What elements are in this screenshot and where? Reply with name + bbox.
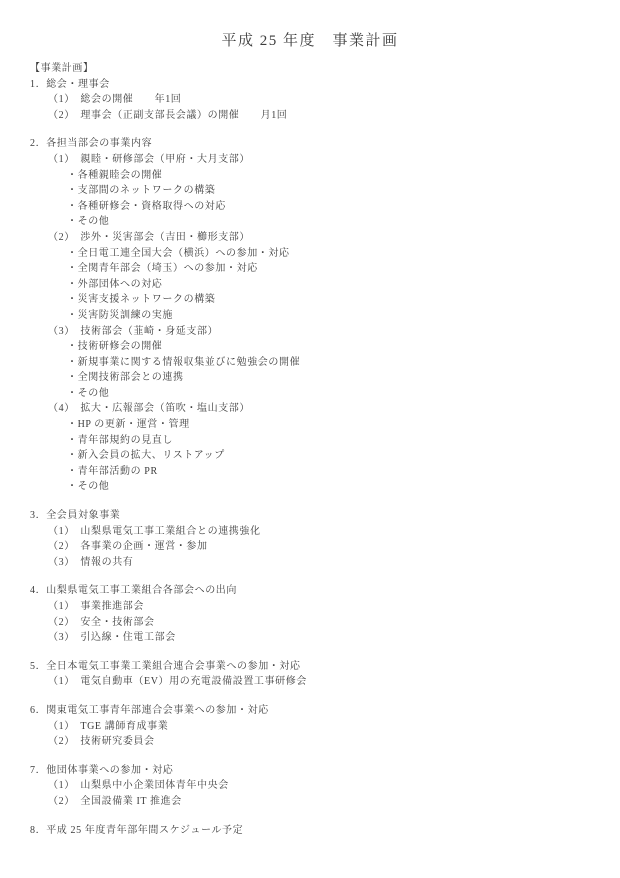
numbered-line: （3） 引込線・住電工部会 [48,630,620,646]
sections-container: 1．総会・理事会（1） 総会の開催 年1回（2） 理事会（正副支部長会議）の開催… [0,77,620,839]
bullet-line: ・新入会員の拡大、リストアップ [67,448,620,464]
numbered-line: （1） 親睦・研修部会（甲府・大月支部） [48,152,620,168]
numbered-line: （1） TGE 講師育成事業 [48,719,620,735]
numbered-line: （2） 各事業の企画・運営・参加 [48,539,620,555]
numbered-line: （1） 電気自動車（EV）用の充電設備設置工事研修会 [48,674,620,690]
section-heading: 8．平成 25 年度青年部年間スケジュール予定 [30,823,620,839]
bullet-line: ・各種親睦会の開催 [67,168,620,184]
numbered-line: （2） 技術研究委員会 [48,734,620,750]
section: 8．平成 25 年度青年部年間スケジュール予定 [0,823,620,839]
bullet-line: ・各種研修会・資格取得への対応 [67,199,620,215]
section: 7．他団体事業への参加・対応（1） 山梨県中小企業団体青年中央会（2） 全国設備… [0,763,620,810]
numbered-line: （3） 技術部会（韮崎・身延支部） [48,324,620,340]
section-heading: 6．関東電気工事青年部連合会事業への参加・対応 [30,703,620,719]
bullet-line: ・災害支援ネットワークの構築 [67,292,620,308]
bullet-line: ・全関青年部会（埼玉）への参加・対応 [67,261,620,277]
document-page: 平成 25 年度 事業計画 【事業計画】 1．総会・理事会（1） 総会の開催 年… [0,0,620,878]
bullet-line: ・その他 [67,479,620,495]
bullet-line: ・HP の更新・運営・管理 [67,417,620,433]
bullet-line: ・支部間のネットワークの構築 [67,183,620,199]
bullet-line: ・全日電工連全国大会（横浜）への参加・対応 [67,246,620,262]
section-heading: 4．山梨県電気工事工業組合各部会への出向 [30,583,620,599]
numbered-line: （3） 情報の共有 [48,555,620,571]
section: 5．全日本電気工事業工業組合連合会事業への参加・対応（1） 電気自動車（EV）用… [0,659,620,690]
numbered-line: （1） 山梨県中小企業団体青年中央会 [48,778,620,794]
plan-heading: 【事業計画】 [30,61,620,77]
numbered-line: （2） 理事会（正副支部長会議）の開催 月1回 [48,108,620,124]
bullet-line: ・青年部規約の見直し [67,433,620,449]
bullet-line: ・災害防災訓練の実施 [67,308,620,324]
section-heading: 1．総会・理事会 [30,77,620,93]
section: 2．各担当部会の事業内容（1） 親睦・研修部会（甲府・大月支部）・各種親睦会の開… [0,136,620,495]
bullet-line: ・新規事業に関する情報収集並びに勉強会の開催 [67,355,620,371]
section-heading: 2．各担当部会の事業内容 [30,136,620,152]
numbered-line: （1） 事業推進部会 [48,599,620,615]
numbered-line: （1） 総会の開催 年1回 [48,92,620,108]
section-heading: 3．全会員対象事業 [30,508,620,524]
section-heading: 7．他団体事業への参加・対応 [30,763,620,779]
bullet-line: ・技術研修会の開催 [67,339,620,355]
numbered-line: （2） 渉外・災害部会（吉田・櫛形支部） [48,230,620,246]
numbered-line: （2） 全国設備業 IT 推進会 [48,794,620,810]
bullet-line: ・全関技術部会との連携 [67,370,620,386]
section-heading: 5．全日本電気工事業工業組合連合会事業への参加・対応 [30,659,620,675]
bullet-line: ・外部団体への対応 [67,277,620,293]
bullet-line: ・その他 [67,214,620,230]
section: 3．全会員対象事業（1） 山梨県電気工事工業組合との連携強化（2） 各事業の企画… [0,508,620,570]
numbered-line: （1） 山梨県電気工事工業組合との連携強化 [48,524,620,540]
section: 4．山梨県電気工事工業組合各部会への出向（1） 事業推進部会（2） 安全・技術部… [0,583,620,645]
document-title: 平成 25 年度 事業計画 [0,0,620,50]
section: 6．関東電気工事青年部連合会事業への参加・対応（1） TGE 講師育成事業（2）… [0,703,620,750]
section: 1．総会・理事会（1） 総会の開催 年1回（2） 理事会（正副支部長会議）の開催… [0,77,620,124]
numbered-line: （2） 安全・技術部会 [48,615,620,631]
numbered-line: （4） 拡大・広報部会（笛吹・塩山支部） [48,401,620,417]
bullet-line: ・青年部活動の PR [67,464,620,480]
bullet-line: ・その他 [67,386,620,402]
